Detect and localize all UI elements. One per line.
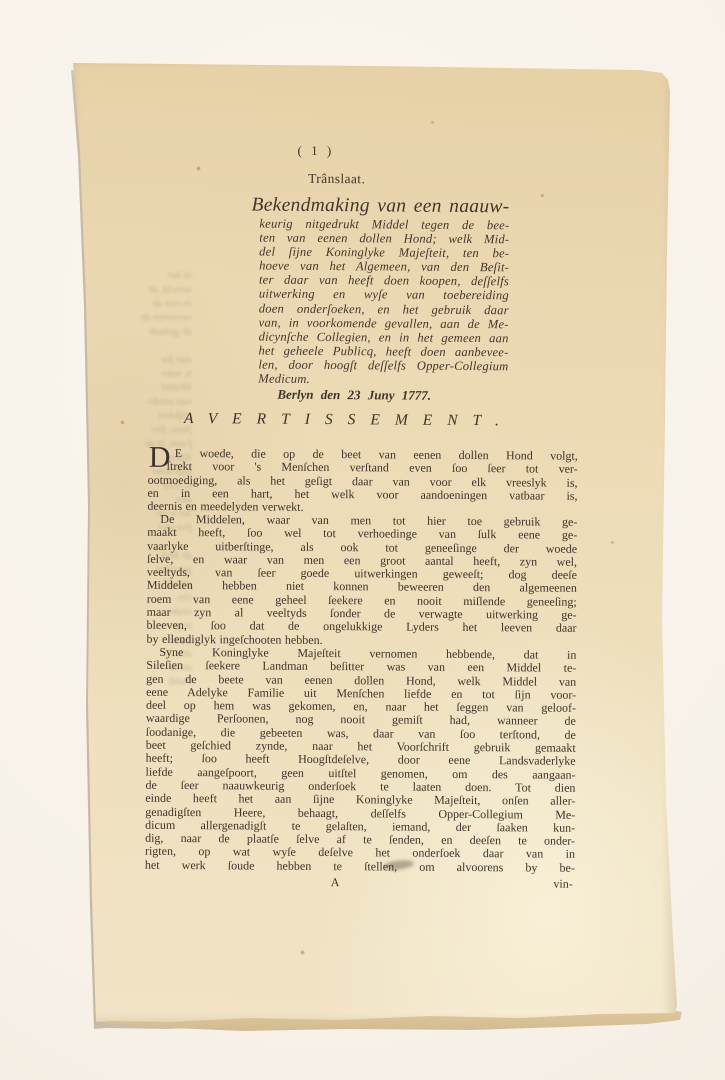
- body-paragraph-2: De Middelen, waar van men tot hier toe g…: [146, 513, 577, 649]
- section-heading-avertissement: AVERTISSEMENT.: [184, 410, 514, 430]
- title-line: van, in voorkomende gevallen, aan de Me-: [259, 315, 509, 331]
- dateline: Berlyn den 23 Juny 1777.: [139, 386, 569, 405]
- decree-title: Bekendmaking van een naauw-keurig nitged…: [258, 195, 509, 388]
- catchword: vin-: [553, 877, 572, 892]
- document-page: in hetwereld, dein raw deverweren dede g…: [66, 56, 680, 1030]
- ghost-line: in het: [70, 270, 192, 284]
- body-paragraph-1: E woede, die op de beet van eenen dollen…: [147, 447, 577, 516]
- kicker-translaat: Trânslaat.: [122, 170, 552, 189]
- printed-text-area: in hetwereld, dein raw deverweren dede g…: [144, 56, 581, 1033]
- title-line: Medicum.: [258, 372, 508, 388]
- ghost-line: verweren de: [70, 312, 192, 326]
- title-line: uitwerking en wyſe van toebereiding: [259, 287, 509, 303]
- ghost-line: wereld, de: [70, 284, 192, 298]
- title-line: dicynſche Collegien, en in het gemeen aa…: [259, 329, 509, 345]
- signature-mark: A: [331, 875, 340, 890]
- signature-row: A vin-: [145, 874, 575, 891]
- ghost-line: de gyhade: [70, 326, 192, 340]
- body-paragraph-3: Syne Koninglyke Majeſteit vernomen hebbe…: [145, 646, 577, 875]
- title-line: doen onderſoeken, en het gebruik daar: [259, 301, 509, 317]
- ghost-line: aan ſee: [70, 354, 192, 368]
- title-line: Bekendmaking van een naauw-: [251, 195, 509, 219]
- ghost-line: [70, 340, 192, 354]
- photo-backdrop: in hetwereld, dein raw deverweren dede g…: [0, 0, 725, 1080]
- ghost-line: n, waa-: [70, 368, 192, 382]
- ghost-line: in raw de: [70, 298, 192, 312]
- page-number: ( 1 ): [101, 141, 531, 160]
- text-line: het werk ſoude hebben te ſtellen, om alv…: [145, 859, 575, 875]
